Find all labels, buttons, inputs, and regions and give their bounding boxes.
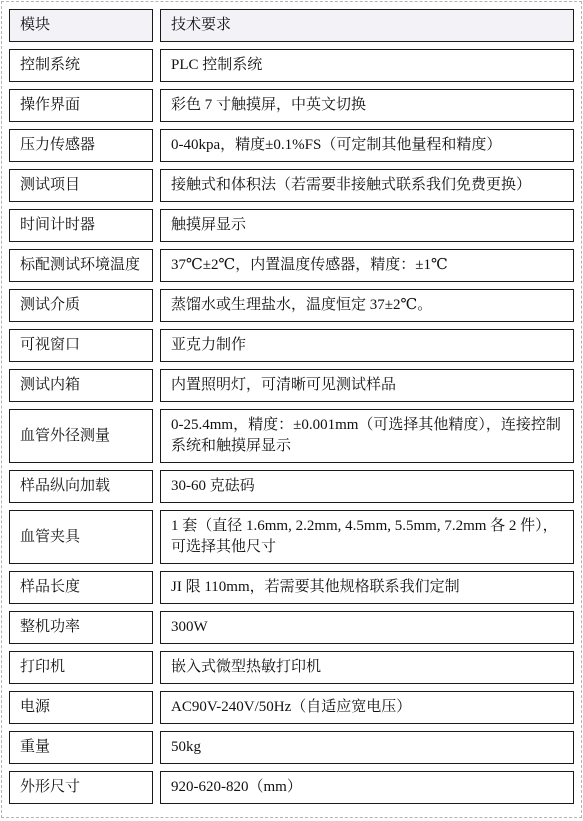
requirement-cell: 37℃±2℃，内置温度传感器，精度：±1℃ <box>160 249 574 282</box>
module-cell: 测试项目 <box>9 169 153 202</box>
module-cell: 操作界面 <box>9 89 153 122</box>
requirement-cell: 嵌入式微型热敏打印机 <box>160 651 574 684</box>
table-row: 控制系统 PLC 控制系统 <box>9 49 574 82</box>
table-row: 操作界面 彩色 7 寸触摸屏，中英文切换 <box>9 89 574 122</box>
table-row: 测试介质 蒸馏水或生理盐水，温度恒定 37±2℃。 <box>9 289 574 322</box>
module-cell: 整机功率 <box>9 611 153 644</box>
requirement-cell: 彩色 7 寸触摸屏，中英文切换 <box>160 89 574 122</box>
module-cell: 压力传感器 <box>9 129 153 162</box>
table-row: 电源 AC90V-240V/50Hz（自适应宽电压） <box>9 691 574 724</box>
table-row: 样品纵向加载 30-60 克砝码 <box>9 470 574 503</box>
table-row: 可视窗口 亚克力制作 <box>9 329 574 362</box>
table-row: 血管夹具 1 套（直径 1.6mm, 2.2mm, 4.5mm, 5.5mm, … <box>9 510 574 564</box>
header-row: 模块 技术要求 <box>9 9 574 42</box>
module-cell: 电源 <box>9 691 153 724</box>
table-row: 压力传感器 0-40kpa，精度±0.1%FS（可定制其他量程和精度） <box>9 129 574 162</box>
module-cell: 测试介质 <box>9 289 153 322</box>
table-row: 打印机 嵌入式微型热敏打印机 <box>9 651 574 684</box>
spec-sheet: 模块 技术要求 控制系统 PLC 控制系统 操作界面 彩色 7 寸触摸屏，中英文… <box>0 0 583 821</box>
table-row: 标配测试环境温度 37℃±2℃，内置温度传感器，精度：±1℃ <box>9 249 574 282</box>
module-column-header: 模块 <box>9 9 153 42</box>
table-row: 时间计时器 触摸屏显示 <box>9 209 574 242</box>
requirement-cell: 蒸馏水或生理盐水，温度恒定 37±2℃。 <box>160 289 574 322</box>
dashed-frame: 模块 技术要求 控制系统 PLC 控制系统 操作界面 彩色 7 寸触摸屏，中英文… <box>1 1 582 818</box>
requirement-cell: PLC 控制系统 <box>160 49 574 82</box>
table-row: 样品长度 JI 限 110mm，若需要其他规格联系我们定制 <box>9 571 574 604</box>
requirement-column-header: 技术要求 <box>160 9 574 42</box>
table-row: 血管外径测量 0-25.4mm，精度：±0.001mm（可选择其他精度），连接控… <box>9 409 574 463</box>
module-cell: 血管外径测量 <box>9 409 153 463</box>
module-cell: 测试内箱 <box>9 369 153 402</box>
module-cell: 外形尺寸 <box>9 771 153 804</box>
requirement-cell: 内置照明灯，可清晰可见测试样品 <box>160 369 574 402</box>
module-cell: 血管夹具 <box>9 510 153 564</box>
table-row: 外形尺寸 920-620-820（mm） <box>9 771 574 804</box>
module-cell: 重量 <box>9 731 153 764</box>
module-cell: 样品纵向加载 <box>9 470 153 503</box>
requirement-cell: 920-620-820（mm） <box>160 771 574 804</box>
requirement-cell: 触摸屏显示 <box>160 209 574 242</box>
module-cell: 样品长度 <box>9 571 153 604</box>
requirement-cell: 接触式和体积法（若需要非接触式联系我们免费更换） <box>160 169 574 202</box>
requirement-cell: 30-60 克砝码 <box>160 470 574 503</box>
module-cell: 控制系统 <box>9 49 153 82</box>
requirement-cell: 0-25.4mm，精度：±0.001mm（可选择其他精度），连接控制系统和触摸屏… <box>160 409 574 463</box>
module-cell: 标配测试环境温度 <box>9 249 153 282</box>
requirement-cell: 50kg <box>160 731 574 764</box>
table-row: 重量 50kg <box>9 731 574 764</box>
spec-table: 模块 技术要求 控制系统 PLC 控制系统 操作界面 彩色 7 寸触摸屏，中英文… <box>2 2 581 811</box>
requirement-cell: JI 限 110mm，若需要其他规格联系我们定制 <box>160 571 574 604</box>
requirement-cell: 0-40kpa，精度±0.1%FS（可定制其他量程和精度） <box>160 129 574 162</box>
requirement-cell: 300W <box>160 611 574 644</box>
requirement-cell: AC90V-240V/50Hz（自适应宽电压） <box>160 691 574 724</box>
module-cell: 时间计时器 <box>9 209 153 242</box>
table-row: 测试项目 接触式和体积法（若需要非接触式联系我们免费更换） <box>9 169 574 202</box>
requirement-cell: 亚克力制作 <box>160 329 574 362</box>
table-row: 整机功率 300W <box>9 611 574 644</box>
module-cell: 可视窗口 <box>9 329 153 362</box>
requirement-cell: 1 套（直径 1.6mm, 2.2mm, 4.5mm, 5.5mm, 7.2mm… <box>160 510 574 564</box>
module-cell: 打印机 <box>9 651 153 684</box>
table-row: 测试内箱 内置照明灯，可清晰可见测试样品 <box>9 369 574 402</box>
